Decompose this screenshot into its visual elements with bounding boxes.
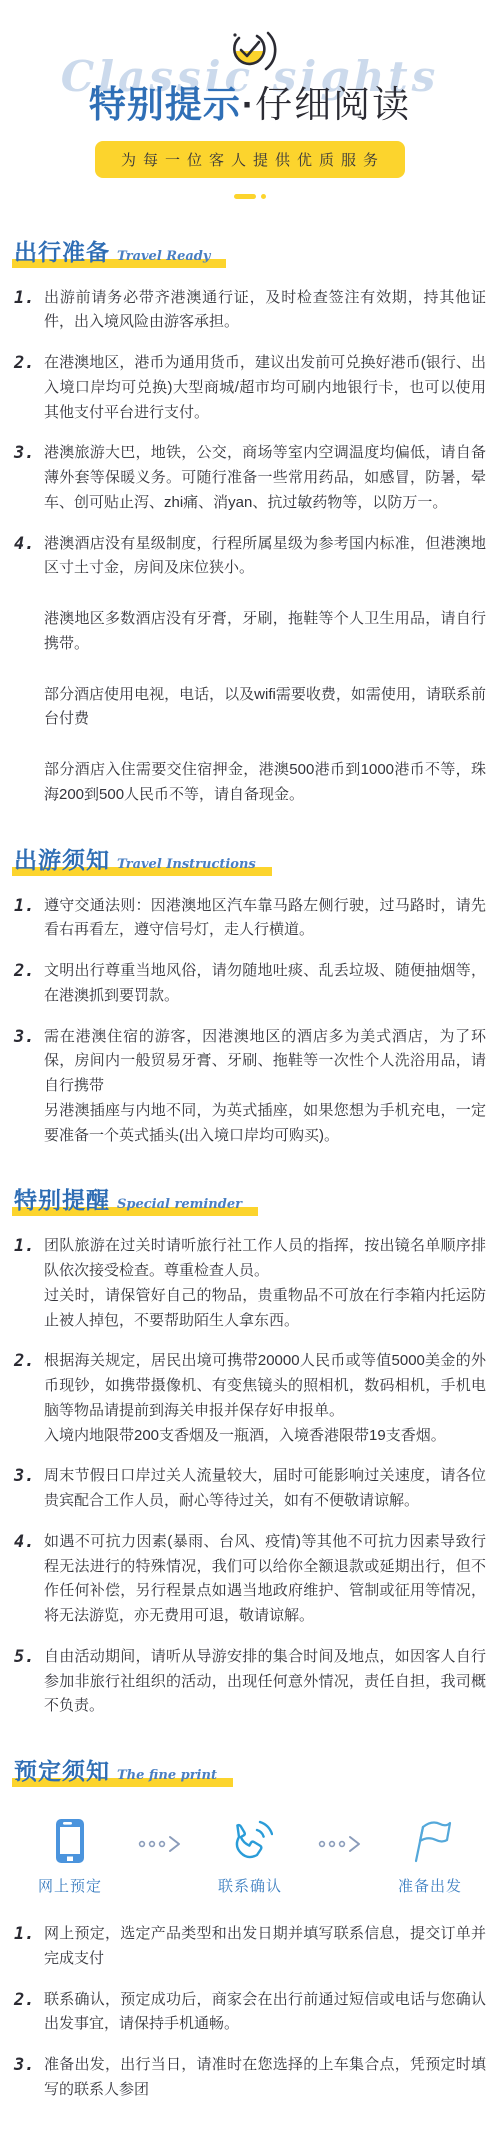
notice-page: Classic sights 特别提示·仔细阅读 为每一位客人提供优质服务 出行… [0,0,500,2143]
item-number: 1. [14,1234,44,1333]
item-text: 联系确认，预定成功后，商家会在出行前通过短信或电话与您确认出发事宜，请保持手机通… [44,1988,486,2038]
phone-icon [53,1817,87,1865]
list-item: 4. 港澳酒店没有星级制度，行程所属星级为参考国内标准，但港澳地区寸土寸金，房间… [14,532,486,582]
item-text: 文明出行尊重当地风俗，请勿随地吐痰、乱丢垃圾、随便抽烟等，在港澳抓到要罚款。 [44,959,486,1009]
section-booking-notes: 预定须知The fine print 网上预定 [0,1753,500,2103]
section-title: 特别提醒 [14,1187,110,1213]
section-header: 预定须知The fine print [12,1753,233,1787]
section-subtitle: Travel Ready [117,249,210,264]
item-text: 港澳酒店没有星级制度，行程所属星级为参考国内标准，但港澳地区寸土寸金，房间及床位… [44,532,486,582]
item-number: 3. [14,1025,44,1149]
list-item: 4. 如遇不可抗力因素(暴雨、台风、疫情)等其他不可抗力因素导致行程无法进行的特… [14,1530,486,1629]
item-text: 需在港澳住宿的游客，因港澳地区的酒店多为美式酒店，为了环保，房间内一般贸易牙膏、… [44,1025,486,1149]
list-item: 3. 周末节假日口岸过关人流量较大，届时可能影响过关速度，请各位贵宾配合工作人员… [14,1464,486,1514]
list-item: 5. 自由活动期间，请听从导游安排的集合时间及地点，如因客人自行参加非旅行社组织… [14,1645,486,1719]
title-rest: 仔细阅读 [255,84,411,125]
item-number: 2. [14,1349,44,1448]
item-text: 港澳旅游大巴，地铁，公交，商场等室内空调温度均偏低，请自备薄外套等保暖义务。可随… [44,441,486,515]
item-number: 3. [14,2053,44,2103]
list-item: 1. 出游前请务必带齐港澳通行证，及时检查签注有效期，持其他证件，出入境风险由游… [14,286,486,336]
section-header: 出游须知Travel Instructions [12,842,272,876]
item-text: 网上预定，选定产品类型和出发日期并填写联系信息，提交订单并完成支付 [44,1922,486,1972]
flag-icon [408,1817,452,1865]
title-separator: · [242,84,254,125]
section-title: 预定须知 [14,1758,110,1784]
list-item: 2. 联系确认，预定成功后，商家会在出行前通过短信或电话与您确认出发事宜，请保持… [14,1988,486,2038]
title-highlight: 特别提示 [89,84,241,125]
step-contact-confirm: 联系确认 [202,1817,298,1896]
page-title: 特别提示·仔细阅读 [0,84,500,127]
section-travel-instructions: 出游须知Travel Instructions 1. 遵守交通法则：因港澳地区汽… [0,842,500,1149]
list-item: 1. 遵守交通法则：因港澳地区汽车靠马路左侧行驶，过马路时，请先看右再看左，遵守… [14,894,486,944]
divider-dash [0,194,500,200]
item-text: 根据海关规定，居民出境可携带20000人民币或等值5000美金的外币现钞，如携带… [44,1349,486,1448]
item-number: 5. [14,1645,44,1719]
section-header: 特别提醒Special reminder [12,1182,258,1216]
step-ready-depart: 准备出发 [382,1817,478,1896]
page-header: Classic sights 特别提示·仔细阅读 为每一位客人提供优质服务 [0,0,500,200]
paragraph: 部分酒店入住需要交住宿押金，港澳500港币到1000港币不等，珠海200到500… [44,758,486,808]
item-text: 出游前请务必带齐港澳通行证，及时检查签注有效期，持其他证件，出入境风险由游客承担… [44,286,486,336]
item-text: 如遇不可抗力因素(暴雨、台风、疫情)等其他不可抗力因素导致行程无法进行的特殊情况… [44,1530,486,1629]
item-text: 遵守交通法则：因港澳地区汽车靠马路左侧行驶，过马路时，请先看右再看左，遵守信号灯… [44,894,486,944]
item-number: 2. [14,351,44,425]
item-text: 周末节假日口岸过关人流量较大，届时可能影响过关速度，请各位贵宾配合工作人员，耐心… [44,1464,486,1514]
item-number: 4. [14,1530,44,1629]
list-item: 1. 网上预定，选定产品类型和出发日期并填写联系信息，提交订单并完成支付 [14,1922,486,1972]
step-label: 网上预定 [38,1875,102,1896]
item-text: 在港澳地区，港币为通用货币，建议出发前可兑换好港币(银行、出入境口岸均可兑换)大… [44,351,486,425]
section-header: 出行准备Travel Ready [12,234,226,268]
dash-bar [234,194,256,199]
item-text: 自由活动期间，请听从导游安排的集合时间及地点，如因客人自行参加非旅行社组织的活动… [44,1645,486,1719]
item-number: 1. [14,286,44,336]
dots-arrow-icon [136,1834,184,1854]
item-number: 3. [14,1464,44,1514]
item-text: 准备出发，出行当日，请准时在您选择的上车集合点，凭预定时填写的联系人参团 [44,2053,486,2103]
list-item: 2. 文明出行尊重当地风俗，请勿随地吐痰、乱丢垃圾、随便抽烟等，在港澳抓到要罚款… [14,959,486,1009]
section-subtitle: Travel Instructions [117,857,256,872]
call-icon [227,1817,273,1865]
item-number: 2. [14,959,44,1009]
step-label: 联系确认 [218,1875,282,1896]
item-number: 3. [14,441,44,515]
list-item: 3. 准备出发，出行当日，请准时在您选择的上车集合点，凭预定时填写的联系人参团 [14,2053,486,2103]
list-item: 3. 港澳旅游大巴，地铁，公交，商场等室内空调温度均偏低，请自备薄外套等保暖义务… [14,441,486,515]
section-special-reminder: 特别提醒Special reminder 1. 团队旅游在过关时请听旅行社工作人… [0,1182,500,1719]
step-label: 准备出发 [398,1875,462,1896]
step-online-booking: 网上预定 [22,1817,118,1896]
dots-arrow-icon [316,1834,364,1854]
check-circle-icon [218,20,282,80]
section-subtitle: The fine print [117,1768,217,1783]
list-item: 1. 团队旅游在过关时请听旅行社工作人员的指挥，按出镜名单顺序排队依次接受检查。… [14,1234,486,1333]
bottom-spacer [0,2119,500,2143]
section-subtitle: Special reminder [117,1197,242,1212]
paragraph: 港澳地区多数酒店没有牙膏，牙刷，拖鞋等个人卫生用品，请自行携带。 [44,607,486,657]
section-title: 出行准备 [14,239,110,265]
item-number: 1. [14,894,44,944]
list-item: 3. 需在港澳住宿的游客，因港澳地区的酒店多为美式酒店，为了环保，房间内一般贸易… [14,1025,486,1149]
paragraph: 部分酒店使用电视，电话，以及wifi需要收费，如需使用，请联系前台付费 [44,683,486,733]
item-number: 2. [14,1988,44,2038]
list-item: 2. 在港澳地区，港币为通用货币，建议出发前可兑换好港币(银行、出入境口岸均可兑… [14,351,486,425]
list-item: 2. 根据海关规定，居民出境可携带20000人民币或等值5000美金的外币现钞，… [14,1349,486,1448]
item-number: 4. [14,532,44,582]
section-title: 出游须知 [14,847,110,873]
item-text: 团队旅游在过关时请听旅行社工作人员的指挥，按出镜名单顺序排队依次接受检查。尊重检… [44,1234,486,1333]
service-banner: 为每一位客人提供优质服务 [95,141,405,178]
item-number: 1. [14,1922,44,1972]
section-travel-ready: 出行准备Travel Ready 1. 出游前请务必带齐港澳通行证，及时检查签注… [0,234,500,808]
dash-dot [261,194,266,199]
booking-steps: 网上预定 联系确认 [22,1817,478,1896]
